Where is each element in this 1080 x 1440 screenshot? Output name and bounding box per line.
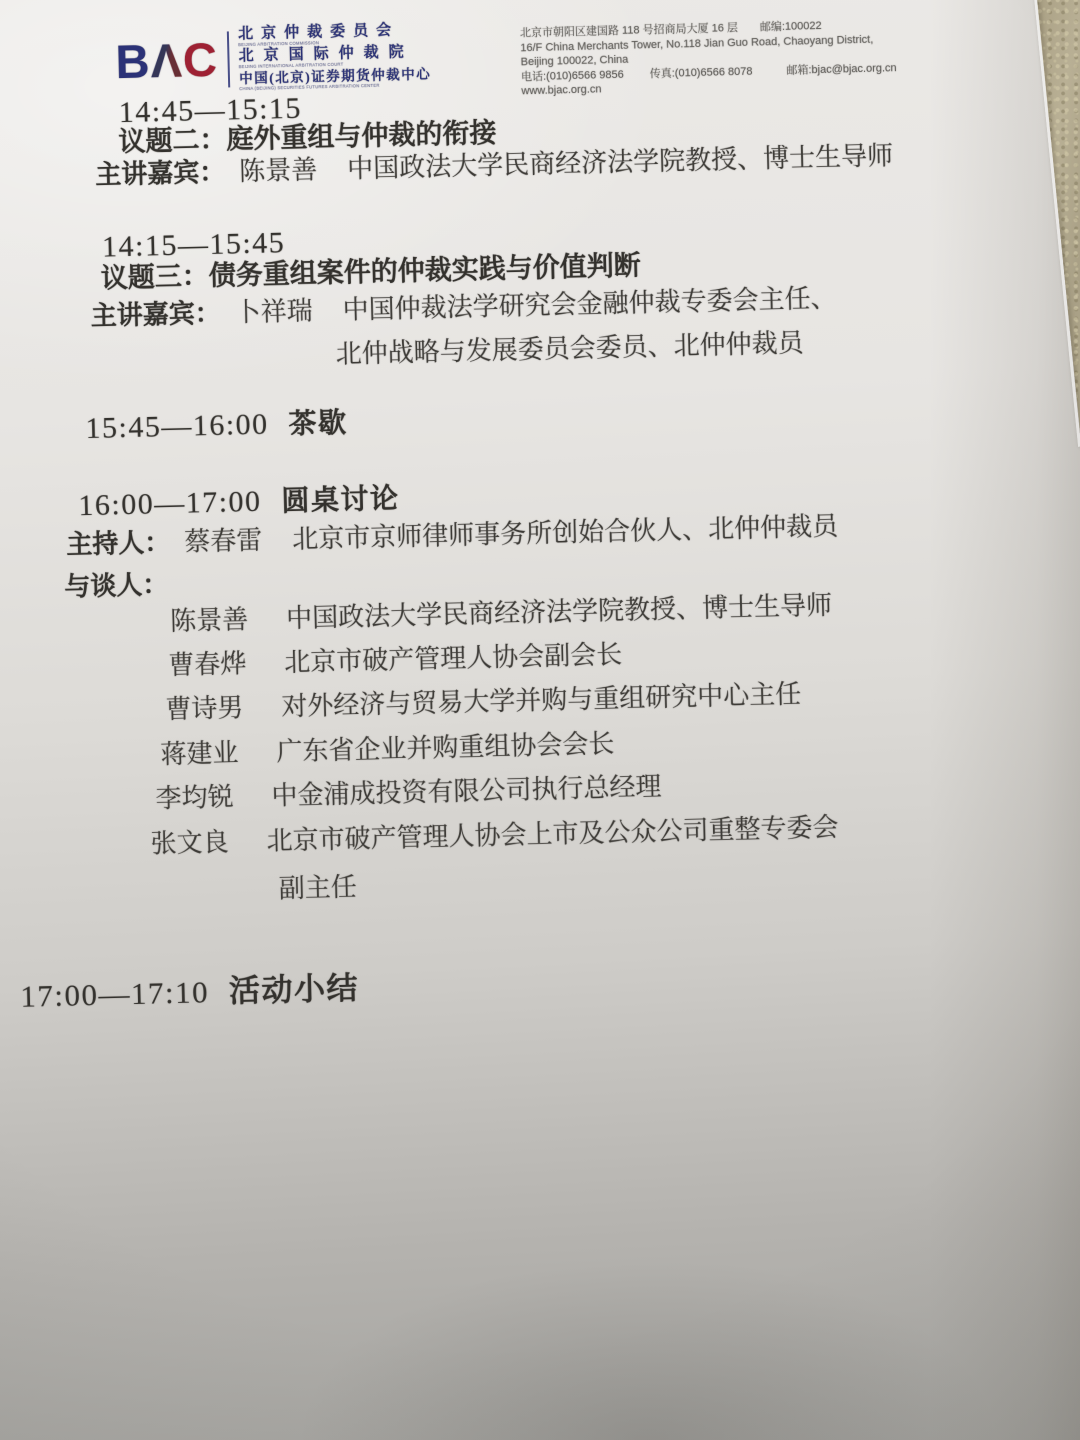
bac-logo: BΛC 北京仲裁委员会 BEIJING ARBITRATION COMMISSI… xyxy=(115,21,510,94)
panelist-title: 中金浦成投资有限公司执行总经理 xyxy=(271,772,662,811)
panelist-name: 蒋建业 xyxy=(160,738,239,769)
closing-time: 17:00—17:10 xyxy=(20,974,210,1014)
panelist-title: 北京市破产管理人协会副会长 xyxy=(284,640,623,677)
org-names: 北京仲裁委员会 BEIJING ARBITRATION COMMISSION 北… xyxy=(238,21,509,91)
speaker-label: 主讲嘉宾： xyxy=(95,158,226,190)
printed-content: BΛC 北京仲裁委员会 BEIJING ARBITRATION COMMISSI… xyxy=(0,0,1080,1440)
contact-postcode: 邮编:100022 xyxy=(760,20,822,34)
contact-phone: 电话:(010)6566 9856 xyxy=(521,68,624,83)
document-photo: { "header": { "logo": { "acronym_b": "B"… xyxy=(0,0,1080,1440)
contact-fax: 传真:(010)6566 8078 xyxy=(650,65,753,80)
logo-letter-a: Λ xyxy=(150,34,184,88)
roundtable-time: 16:00—17:00 xyxy=(78,485,262,522)
panelist-row: 陈景善中国政法大学民商经济法学院教授、博士生导师 xyxy=(170,591,833,637)
panelist-row: 李均锐中金浦成投资有限公司执行总经理 xyxy=(155,772,662,814)
panelist-row: 张文良北京市破产管理人协会上市及公众公司重整专委会 xyxy=(150,813,839,860)
panelist-title: 对外经济与贸易大学并购与重组研究中心主任 xyxy=(281,680,802,722)
panelist-name: 曹春烨 xyxy=(168,649,247,680)
logo-divider xyxy=(227,31,230,87)
panelist-name: 李均锐 xyxy=(155,783,234,814)
org-name-zh-1: 北京仲裁委员会 xyxy=(238,21,508,43)
panelist-title: 广东省企业并购重组协会会长 xyxy=(276,729,615,766)
tea-break-line: 15:45—16:00茶歇 xyxy=(85,406,348,447)
panelists-label: 与谈人： xyxy=(64,570,169,602)
panelist-name: 陈景善 xyxy=(170,605,249,636)
panelist-row: 曹诗男对外经济与贸易大学并购与重组研究中心主任 xyxy=(165,680,802,725)
contact-email: 邮箱:bjac@bjac.org.cn xyxy=(786,62,896,77)
panelist-title: 北京市破产管理人协会上市及公众公司重整专委会 xyxy=(266,813,839,856)
panelist-row: 蒋建业广东省企业并购重组协会会长 xyxy=(160,729,615,770)
moderator-title: 北京市京师律师事务所创始合伙人、北仲仲裁员 xyxy=(292,512,839,554)
roundtable-title: 圆桌讨论 xyxy=(281,483,400,517)
panelist-title: 中国政法大学民商经济法学院教授、博士生导师 xyxy=(286,591,833,633)
closing-line: 17:00—17:10活动小结 xyxy=(20,971,360,1015)
bac-logo-acronym: BΛC xyxy=(115,36,218,85)
closing-title: 活动小结 xyxy=(229,971,360,1009)
tea-break-title: 茶歇 xyxy=(288,408,348,440)
moderator-name: 蔡春雷 xyxy=(184,526,263,557)
speaker-title: 中国仲裁法学研究会金融仲裁专委会主任、 xyxy=(342,284,837,325)
logo-letter-c: C xyxy=(182,33,218,87)
speaker-name: 卜祥瑞 xyxy=(234,296,313,327)
moderator-label: 主持人： xyxy=(66,528,171,560)
panelist-row: 曹春烨北京市破产管理人协会副会长 xyxy=(168,640,623,681)
panelist-title-cont: 副主任 xyxy=(278,873,357,905)
logo-letter-b: B xyxy=(115,35,151,89)
contact-block: 北京市朝阳区建国路 118 号招商局大厦 16 层邮编:100022 16/F … xyxy=(520,16,942,99)
tea-break-time: 15:45—16:00 xyxy=(85,408,269,445)
session3-speaker-title-cont: 北仲战略与发展委员会委员、北仲仲裁员 xyxy=(335,328,804,369)
panelist-name: 曹诗男 xyxy=(165,693,244,724)
speaker-name: 陈景善 xyxy=(239,155,318,186)
panelist-name: 张文良 xyxy=(150,828,229,859)
org-name-en-2: BEIJING INTERNATIONAL ARBITRATION COURT xyxy=(239,62,379,68)
roundtable-line: 16:00—17:00圆桌讨论 xyxy=(78,481,400,523)
speaker-label: 主讲嘉宾： xyxy=(90,299,221,331)
